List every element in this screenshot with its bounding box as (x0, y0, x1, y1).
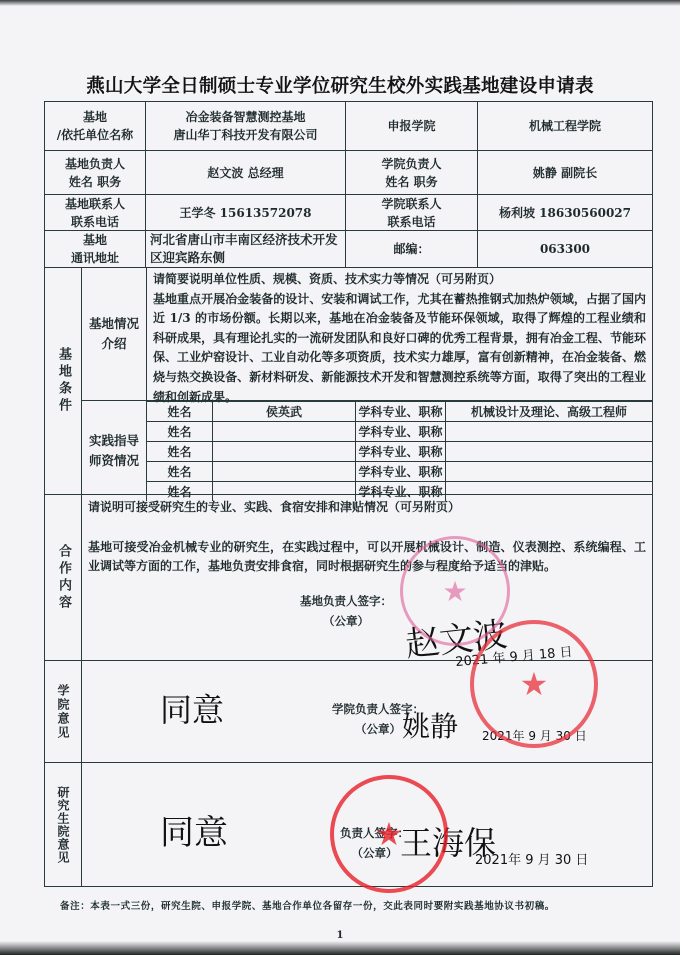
star-icon: ★ (375, 815, 404, 853)
college-head-value: 姚静 副院长 (478, 151, 652, 194)
college-opinion-label: 学院意见 (45, 661, 82, 762)
college-head-label: 学院负责人 姓名 职务 (346, 151, 478, 194)
base-head-label: 基地负责人 姓名 职务 (45, 151, 146, 194)
scan-bottom-edge (0, 941, 680, 955)
postcode-value: 063300 (478, 231, 652, 267)
mentor-major-value (446, 442, 652, 461)
base-name-label: 基地 /依托单位名称 (45, 102, 146, 150)
cooperation-sign-label: 基地负责人签字： (300, 591, 392, 611)
mentor-row: 姓名学科专业、职称 (147, 422, 652, 442)
address-label: 基地 通讯地址 (45, 231, 146, 267)
company-seal-stamp: ★ (400, 536, 510, 646)
row-heads: 基地负责人 姓名 职务 赵文波 总经理 学院负责人 姓名 职务 姚静 副院长 (45, 151, 652, 195)
intro-content: 请简要说明单位性质、规模、资质、技术实力等情况（可另附页） 基地重点开展冶金装备… (147, 268, 652, 400)
cooperation-seal-label: （公章） (300, 611, 392, 631)
base-conditions-section: 基地条件 基地情况 介绍 请简要说明单位性质、规模、资质、技术实力等情况（可另附… (45, 268, 652, 495)
college-seal-stamp: ★ (470, 620, 598, 748)
college-contact-label: 学院联系人 联系电话 (346, 195, 478, 230)
star-icon: ★ (442, 575, 467, 608)
intro-block: 基地情况 介绍 请简要说明单位性质、规模、资质、技术实力等情况（可另附页） 基地… (82, 268, 652, 401)
mentor-major-label: 学科专业、职称 (356, 462, 446, 481)
base-conditions-label: 基地条件 (45, 268, 82, 494)
intro-label: 基地情况 介绍 (82, 268, 147, 400)
mentor-major-label: 学科专业、职称 (356, 442, 446, 461)
base-head-value: 赵文波 总经理 (146, 151, 346, 194)
cooperation-text: 基地可接受冶金机械专业的研究生，在实践过程中，可以开展机械设计、制造、仪表测控、… (82, 536, 652, 579)
base-contact-value: 王学冬 15613572078 (146, 195, 346, 230)
mentor-table: 姓名侯英武学科专业、职称机械设计及理论、高级工程师姓名学科专业、职称姓名学科专业… (147, 401, 652, 501)
mentor-major-value: 机械设计及理论、高级工程师 (446, 402, 652, 421)
star-icon: ★ (520, 665, 549, 703)
mentor-major-value (446, 462, 652, 481)
mentor-major-label: 学科专业、职称 (356, 422, 446, 441)
address-value: 河北省唐山市丰南区经济技术开发区迎宾路东侧 (146, 231, 346, 267)
mentor-row: 姓名学科专业、职称 (147, 462, 652, 482)
mentor-row: 姓名学科专业、职称 (147, 442, 652, 462)
mentor-label: 实践指导 师资情况 (82, 401, 147, 501)
mentor-name-label: 姓名 (147, 402, 213, 421)
grad-school-opinion-label: 研究生院意见 (45, 763, 82, 886)
mentor-name-value: 侯英武 (213, 402, 356, 421)
postcode-label: 邮编： (346, 231, 478, 267)
mentor-name-label: 姓名 (147, 462, 213, 481)
application-form-table: 基地 /依托单位名称 冶金装备智慧测控基地 唐山华丁科技开发有限公司 申报学院 … (44, 101, 653, 887)
college-contact-value: 杨利坡 18630560027 (478, 195, 652, 230)
college-opinion-handwritten: 同意 (160, 685, 224, 731)
row-address: 基地 通讯地址 河北省唐山市丰南区经济技术开发区迎宾路东侧 邮编： 063300 (45, 231, 652, 268)
mentor-major-value (446, 422, 652, 441)
intro-text: 基地重点开展冶金装备的设计、安装和调试工作，尤其在蓄热推钢式加热炉领域，占据了国… (153, 290, 646, 408)
grad-opinion-handwritten: 同意 (160, 805, 228, 854)
base-name-value: 冶金装备智慧测控基地 唐山华丁科技开发有限公司 (146, 102, 346, 150)
row-contacts: 基地联系人 联系电话 王学冬 15613572078 学院联系人 联系电话 杨利… (45, 195, 652, 231)
college-value: 机械工程学院 (478, 102, 652, 150)
page-number: 1 (0, 930, 680, 941)
mentor-block: 实践指导 师资情况 姓名侯英武学科专业、职称机械设计及理论、高级工程师姓名学科专… (82, 401, 652, 501)
footnote: 备注：本表一式三份，研究生院、申报学院、基地合作单位各留存一份，交此表同时要附实… (60, 898, 555, 912)
base-contact-label: 基地联系人 联系电话 (45, 195, 146, 230)
grad-school-seal-stamp: ★ (330, 775, 448, 893)
mentor-rows: 姓名侯英武学科专业、职称机械设计及理论、高级工程师姓名学科专业、职称姓名学科专业… (147, 402, 652, 501)
mentor-name-value (213, 422, 356, 441)
mentor-name-value (213, 442, 356, 461)
mentor-row: 姓名侯英武学科专业、职称机械设计及理论、高级工程师 (147, 402, 652, 422)
row-base-name: 基地 /依托单位名称 冶金装备智慧测控基地 唐山华丁科技开发有限公司 申报学院 … (45, 102, 652, 151)
mentor-name-label: 姓名 (147, 422, 213, 441)
cooperation-prompt: 请说明可接受研究生的专业、实践、食宿安排和津贴情况（可另附页） (82, 495, 652, 520)
college-label: 申报学院 (346, 102, 478, 150)
cooperation-label: 合作内容 (45, 495, 82, 660)
mentor-name-value (213, 462, 356, 481)
scan-top-edge (0, 0, 680, 6)
grad-date: 2021年 9 月 30 日 (475, 849, 588, 868)
college-head-signature: 姚静 (402, 705, 458, 745)
document-title: 燕山大学全日制硕士专业学位研究生校外实践基地建设申请表 (0, 72, 680, 98)
mentor-name-label: 姓名 (147, 442, 213, 461)
intro-prompt: 请简要说明单位性质、规模、资质、技术实力等情况（可另附页） (153, 270, 646, 290)
cooperation-sign-block: 基地负责人签字： （公章） (300, 591, 392, 631)
base-conditions-body: 基地情况 介绍 请简要说明单位性质、规模、资质、技术实力等情况（可另附页） 基地… (82, 268, 652, 494)
mentor-major-label: 学科专业、职称 (356, 402, 446, 421)
